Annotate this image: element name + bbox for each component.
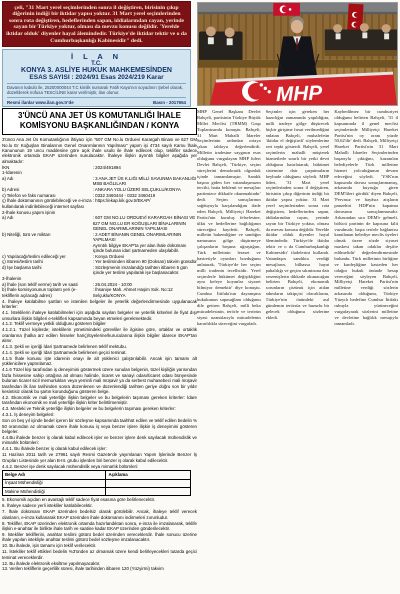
tender-equivalence-table: Belge Adı Açıklama İnşaat Mühendisliği M…: [2, 470, 191, 495]
tender-key-value-list: İKN : 2024/491894 1-İdarenin a) Adı : 3 …: [2, 165, 197, 298]
tender-kv-row: ç) İhale dokümanının görülebileceği ve e…: [2, 198, 197, 209]
tender-title-line1: 3'ÜNCÜ ANA JET ÜS KOMUTANLIĞI İHALE: [4, 111, 195, 121]
court-notice-court-name: KONYA 3. ASLİYE HUKUK MAHKEMESİNDEN: [7, 67, 186, 74]
tender-kv-row: a) Adı : 3 ANA JET ÜS K.LIĞI MİLLİ SAVUN…: [2, 176, 197, 187]
tender-paragraph: 4.4.1. Bu ihalede benzer iş olarak kabul…: [2, 446, 197, 451]
table-cell-aciklama: [106, 479, 191, 487]
tender-kv-key: 1-İdarenin: [2, 170, 92, 175]
article-column-1: MHP Genel Başkanı Devlet Bahçeli, partis…: [197, 109, 261, 592]
tender-title-line2: KOMİSYONU BAŞKANLIĞINDAN / KONYA: [4, 121, 195, 131]
tender-paragraph: 4.1.2.1. Tüzel kişilerde; isteklilerin y…: [2, 327, 197, 343]
tender-kv-value: [92, 170, 197, 175]
tender-kv-row: 3-İhalenin: [2, 276, 197, 281]
tender-item: 11. İstekliler teklif ettikleri bedelin …: [2, 549, 197, 560]
tender-paragraph: 4.3. Mesleki ve Teknik yeterliğe ilişkin…: [2, 406, 197, 411]
tender-item: 6. İhaleye sadece yerli istekliler katıl…: [2, 503, 197, 508]
tender-item: 8. Teklifler, EKAP üzerinden elektronik …: [2, 521, 197, 532]
tender-paragraph: 11 Haziran 2011 tarih ve 27961 sayılı Re…: [2, 452, 197, 463]
tender-kv-value: : 3 ANA JET ÜS K.LIĞI MİLLİ SAVUNMA BAKA…: [92, 176, 197, 187]
mhp-podium: MHP: [210, 72, 397, 105]
tender-paragraph: 4.1.5 İhale konusu işte idarenin onayı i…: [2, 356, 197, 367]
tender-kv-row: ç) Süresi/teslim tarihi : Yer tesliminde…: [2, 259, 197, 264]
divider: [7, 97, 186, 98]
tender-kv-key: c) Telefon ve faks numarası: [2, 193, 92, 198]
court-notice-box: İ L A N T.C. KONYA 3. ASLİYE HUKUK MAHKE…: [2, 49, 191, 107]
tender-kv-key: b) Niteliği, türü ve miktarı: [2, 232, 92, 243]
tender-kv-key: 2-İhale konusu yapım işinin: [2, 210, 92, 215]
official-ads-url-text: Resmi ilanlar www.ilan.gov.tr'de: [7, 100, 74, 105]
tender-item: 13. Verilen tekliflerin geçerlilik süres…: [2, 566, 197, 571]
table-cell-belge: Makine Mühendisliği: [3, 487, 106, 495]
table-header-row: Belge Adı Açıklama: [3, 471, 191, 479]
tender-item: 9. İstekliler tekliflerini, anahtar tesl…: [2, 532, 197, 543]
tender-kv-key: c) Yapılacağı/teslim edileceği yer: [2, 254, 92, 259]
tender-kv-row: İKN : 2024/491894: [2, 165, 197, 170]
tender-kv-value: : Yer tesliminden itibaren 90 (Doksan) t…: [92, 259, 197, 264]
tender-kv-row: 1-İdarenin: [2, 170, 197, 175]
tender-kv-value: : 26.04.2024 - 10:00: [92, 282, 197, 287]
court-notice-case-number: ESAS SAYISI : 2024/91 Esas 2024/219 Kara…: [7, 74, 186, 81]
tender-kv-key: ç) İhale dokümanının görülebileceği ve e…: [2, 198, 92, 209]
photo-illustration: MHP: [198, 3, 397, 105]
tender-paragraph: 4.1.6 Tüzel kişi tarafından iş deneyimin…: [2, 367, 197, 394]
tender-kv-row: a) İhale (son teklif verme) tarih ve saa…: [2, 282, 197, 287]
tender-kv-key: [2, 243, 92, 254]
table-cell-aciklama: [106, 487, 191, 495]
tender-paragraph: 4.4.Bu ihalede benzer iş olarak kabul ed…: [2, 435, 197, 446]
tender-kv-row: d) İşe başlama tarihi : Sözleşmenin imza…: [2, 265, 197, 276]
tender-kv-key: 3-İhalenin: [2, 276, 92, 281]
tender-kv-value: : 0332 3460444 - 0332 3460419: [92, 193, 197, 198]
pull-quote-text: çeli, "31 Mart yerel seçimlerinden sonra…: [6, 5, 187, 44]
tender-paragraph: 4.1.4. Şekli ve içeriği İdari Şartnamede…: [2, 350, 197, 355]
tender-kv-row: b) Adresi : ANKARA YOLU ÜZERİ SELÇUKLU/K…: [2, 187, 197, 192]
tender-kv-row: Ayrıntılı bilgiye EKAP'ta yer alan ihale…: [2, 243, 197, 254]
tender-kv-row: a) Adı : 607 GM NO.LU ORDUEVİ KARARGAH B…: [2, 215, 197, 231]
court-notice-title: İ L A N: [7, 52, 186, 61]
press-number: Basın - 2017654: [153, 100, 186, 105]
tender-paragraph-list: 4. İhaleye katılabilme şartları ve isten…: [2, 299, 197, 469]
tender-kv-key: d) İşe başlama tarihi: [2, 265, 92, 276]
tender-notice-title: 3'ÜNCÜ ANA JET ÜS KOMUTANLIĞI İHALE KOMİ…: [2, 108, 197, 135]
tender-kv-value: [92, 210, 197, 215]
tender-kv-value: : ANKARA YOLU ÜZERİ SELÇUKLU/KONYA: [92, 187, 197, 192]
tender-kv-key: a) İhale (son teklif verme) tarih ve saa…: [2, 282, 92, 287]
tender-paragraph: 4. İhaleye katılabilme şartları ve isten…: [2, 299, 197, 310]
podium-mhp-text: MHP: [276, 82, 323, 105]
tender-kv-key: ç) Süresi/teslim tarihi: [2, 259, 92, 264]
newspaper-page: çeli, "31 Mart yerel seçimlerinden sonra…: [0, 0, 400, 594]
tender-kv-value: : Sözleşmenin imzalandığı tarihten itiba…: [92, 265, 197, 276]
tender-kv-key: b) İhale komisyonunun toplantı yeri (e-t…: [2, 287, 92, 298]
tender-kv-row: b) Niteliği, türü ve miktarı : 2 ADET Bİ…: [2, 232, 197, 243]
tender-kv-value: [92, 276, 197, 281]
tender-kv-key: b) Adresi: [2, 187, 92, 192]
article-column-3: Kaybedilmez bir cumhuriyet olduğunu beli…: [334, 109, 398, 592]
tender-kv-value: Ayrıntılı bilgiye EKAP'ta yer alan ihale…: [92, 243, 197, 254]
tender-paragraph: 4.3.1. İş deneyim belgeleri:: [2, 412, 197, 417]
tender-kv-row: b) İhale komisyonunun toplantı yeri (e-t…: [2, 287, 197, 298]
table-row: İnşaat Mühendisliği: [3, 479, 191, 487]
tender-paragraph: 4.1.3. Şekli ve içeriği İdari Şartnamede…: [2, 344, 197, 349]
tender-kv-value: : 2024/491894: [92, 165, 197, 170]
tender-paragraph: Son on beş yıl içinde bedel içeren bir s…: [2, 418, 197, 434]
seated-deputies-left: [199, 27, 243, 62]
table-header-belge-adi: Belge Adı: [3, 471, 106, 479]
tender-kv-value: : İhsaniye Mah. Ahmet Haşim Sok. No:12 S…: [92, 287, 197, 298]
tender-kv-row: 2-İhale konusu yapım işinin: [2, 210, 197, 215]
tender-kv-key: İKN: [2, 165, 92, 170]
article-columns: MHP Genel Başkanı Devlet Bahçeli, partis…: [197, 109, 398, 592]
turkish-flag-icon: [273, 3, 300, 16]
court-notice-body: Davanın kabulü ile, 25200000044 T.C kiml…: [7, 85, 186, 96]
pull-quote-box: çeli, "31 Mart yerel seçimlerinden sonra…: [2, 1, 191, 47]
tender-kv-value: : 2 ADET BİNANIN GENEL ONARIMLARININ YAP…: [92, 232, 197, 243]
news-photo: MHP: [197, 2, 398, 106]
seated-deputies-right: [325, 23, 397, 52]
tender-kv-row: c) Yapılacağı/teslim edileceği yer : Kon…: [2, 254, 197, 259]
tender-item: 7. İhale dokümanı EKAP üzerinden bedelsi…: [2, 509, 197, 520]
tender-kv-row: c) Telefon ve faks numarası : 0332 34604…: [2, 193, 197, 198]
tender-item: 12. Bu ihalede elektronik eksiltme yapıl…: [2, 561, 197, 566]
tender-items-list: 5. Ekonomik açıdan en avantajlı teklif s…: [2, 497, 197, 572]
tender-kv-value: : https://ekap.kik.gov.tr/EKAP/: [92, 198, 197, 209]
tender-item: 10. Bu ihalede, işin tamamı için teklif …: [2, 543, 197, 548]
table-body: İnşaat Mühendisliği Makine Mühendisliği: [3, 479, 191, 495]
court-notice-footer: Resmi ilanlar www.ilan.gov.tr'de Basın -…: [7, 100, 186, 105]
table-header-aciklama: Açıklama: [106, 471, 191, 479]
tender-intro: 3'üncü Ana Jet Üs Komutanlığının ihtiyac…: [2, 137, 197, 164]
table-cell-belge: İnşaat Mühendisliği: [3, 479, 106, 487]
article-column-2: Seçimler için gereken her hazırlığın zam…: [266, 109, 330, 592]
tender-item: 5. Ekonomik açıdan en avantajlı teklif s…: [2, 497, 197, 502]
tender-paragraph: 4.2. Ekonomik ve mali yeterliğe ilişkin …: [2, 395, 197, 406]
tender-paragraph: 4.1.2. Teklif vermeye yetkili olduğunu g…: [2, 321, 197, 326]
tender-kv-value: : 607 GM NO.LU ORDUEVİ KARARGAH BİNASI V…: [92, 215, 197, 231]
tender-kv-value: : Konya Orduevi: [92, 254, 197, 259]
tender-kv-key: a) Adı: [2, 215, 92, 231]
divider: [7, 83, 186, 84]
tender-paragraph: 4.1. İsteklilerin ihaleye katılabilmeler…: [2, 310, 197, 321]
gallery-desk-right: [325, 50, 397, 56]
tender-kv-key: a) Adı: [2, 176, 92, 187]
tender-paragraph: 4.4.2. Benzer işe denk sayılacak mühendi…: [2, 464, 197, 469]
table-row: Makine Mühendisliği: [3, 487, 191, 495]
tender-notice: 3'ÜNCÜ ANA JET ÜS KOMUTANLIĞI İHALE KOMİ…: [2, 108, 197, 594]
